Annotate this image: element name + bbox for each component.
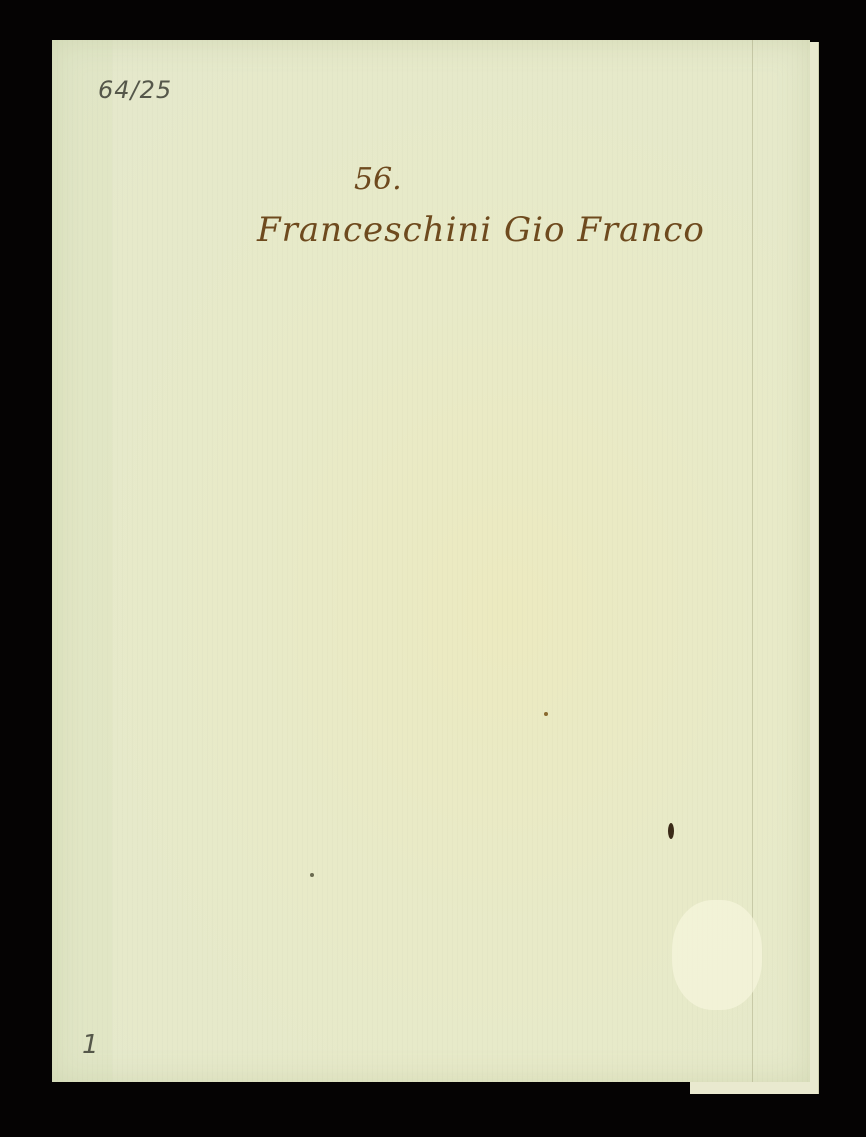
item-number: 56.	[354, 162, 402, 197]
ink-dot	[544, 712, 548, 716]
ink-spot	[668, 823, 674, 839]
person-name: Franceschini Gio Franco	[257, 210, 705, 250]
paper-stain	[672, 900, 762, 1010]
ink-dot	[310, 873, 314, 877]
page-number: 1	[82, 1030, 99, 1060]
paper-left-band	[52, 40, 112, 1082]
shelfmark: 64/25	[98, 76, 172, 104]
paper-sheet: 64/25 56. Franceschini Gio Franco 1	[52, 40, 810, 1082]
